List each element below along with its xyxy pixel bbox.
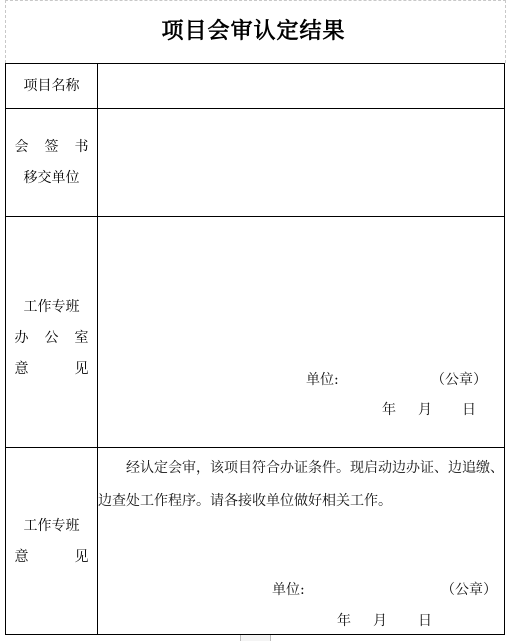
label-line: 移交单位 [6,163,97,194]
office-opinion-field[interactable]: 单位: （公章） 年 月 日 [98,217,505,448]
date-year: 年 [382,399,396,419]
page-break-handle[interactable] [240,635,271,641]
date-day: 日 [418,610,432,630]
label-line: 工作专班 [6,292,97,323]
label-char: 公 [45,323,59,354]
date-year: 年 [337,610,351,630]
date-day: 日 [462,399,476,419]
seal-label: （公章） [441,579,497,599]
table-row-office-opinion: 工作专班 办 公 室 意 见 单位: （公章） 年 月 日 [6,217,505,448]
date-month: 月 [373,610,387,630]
label-char: 见 [75,354,89,385]
date-month: 月 [418,399,432,419]
team-opinion-field[interactable]: 经认定会审，该项目符合办证条件。现启动边办证、边追缴、边查处工作程序。请各接收单… [98,448,505,635]
opinion-text: 经认定会审，该项目符合办证条件。现启动边办证、边追缴、边查处工作程序。请各接收单… [98,452,507,518]
table-row-team-opinion: 工作专班 意 见 经认定会审，该项目符合办证条件。现启动边办证、边追缴、边查处工… [6,448,505,635]
table-row-transfer-unit: 会 签 书 移交单位 [6,109,505,217]
seal-label: （公章） [431,369,487,389]
transfer-unit-field[interactable] [98,109,505,217]
label-office-opinion: 工作专班 办 公 室 意 见 [6,217,98,448]
unit-label: 单位: [272,579,305,599]
label-line: 会 签 书 [15,132,89,163]
label-line: 工作专班 [6,511,97,542]
label-transfer-unit: 会 签 书 移交单位 [6,109,98,217]
label-team-opinion: 工作专班 意 见 [6,448,98,635]
label-char: 签 [45,132,59,163]
table-row-project-name: 项目名称 [6,64,505,109]
label-char: 书 [75,132,89,163]
label-char: 见 [75,542,89,573]
label-line: 意 见 [15,354,89,385]
document-title: 项目会审认定结果 [0,14,507,45]
label-char: 意 [15,542,29,573]
label-char: 会 [15,132,29,163]
label-char: 室 [75,323,89,354]
unit-label: 单位: [306,369,339,389]
label-line: 意 见 [15,542,89,573]
label-char: 意 [15,354,29,385]
label-char: 办 [15,323,29,354]
label-project-name: 项目名称 [6,64,98,109]
label-line: 项目名称 [6,71,97,102]
label-line: 办 公 室 [15,323,89,354]
approval-form-table: 项目名称 会 签 书 移交单位 工作专班 办 公 室 意 [5,63,505,635]
project-name-field[interactable] [98,64,505,109]
